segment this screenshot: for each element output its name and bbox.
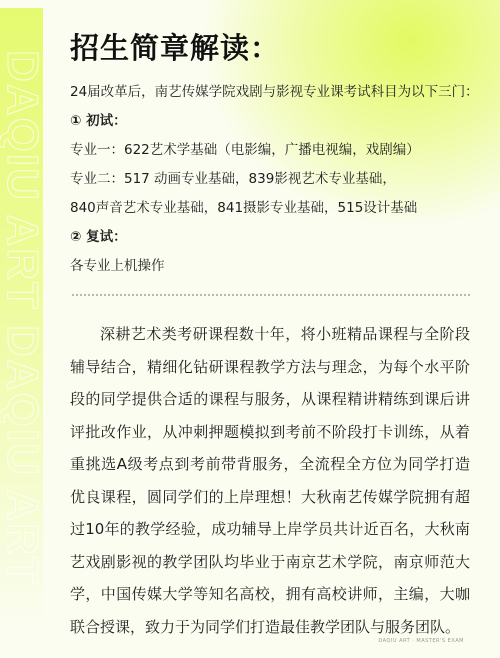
- section-line: 专业二：517 动画专业基础，839影视艺术专业基础，: [70, 165, 475, 194]
- section-heading-preliminary: ① 初试：: [70, 107, 475, 136]
- description-paragraph: 深耕艺术类考研课程数十年，将小班精品课程与全阶段辅导结合，精细化钻研课程教学方法…: [70, 318, 470, 643]
- main-content: 招生简章解读： 24届改革后，南艺传媒学院戏剧与影视专业课考试科目为以下三门： …: [70, 28, 475, 281]
- side-banner: DAQIU ART DAQIU ART: [0, 8, 43, 628]
- section-heading-retest: ② 复试：: [70, 223, 475, 252]
- section-line: 专业一：622艺术学基础（电影编，广播电视编，戏剧编）: [70, 136, 475, 165]
- section-line: 各专业上机操作: [70, 252, 475, 281]
- footer-brand: DAQIU ART · MASTER'S EXAM: [378, 638, 464, 644]
- watermark-text: DAQIU ART DAQIU ART: [0, 50, 43, 586]
- dotted-divider: [72, 294, 470, 296]
- page-title: 招生简章解读：: [70, 28, 475, 68]
- section-line: 840声音艺术专业基础，841摄影专业基础，515设计基础: [70, 194, 475, 223]
- intro-text: 24届改革后，南艺传媒学院戏剧与影视专业课考试科目为以下三门：: [70, 78, 475, 107]
